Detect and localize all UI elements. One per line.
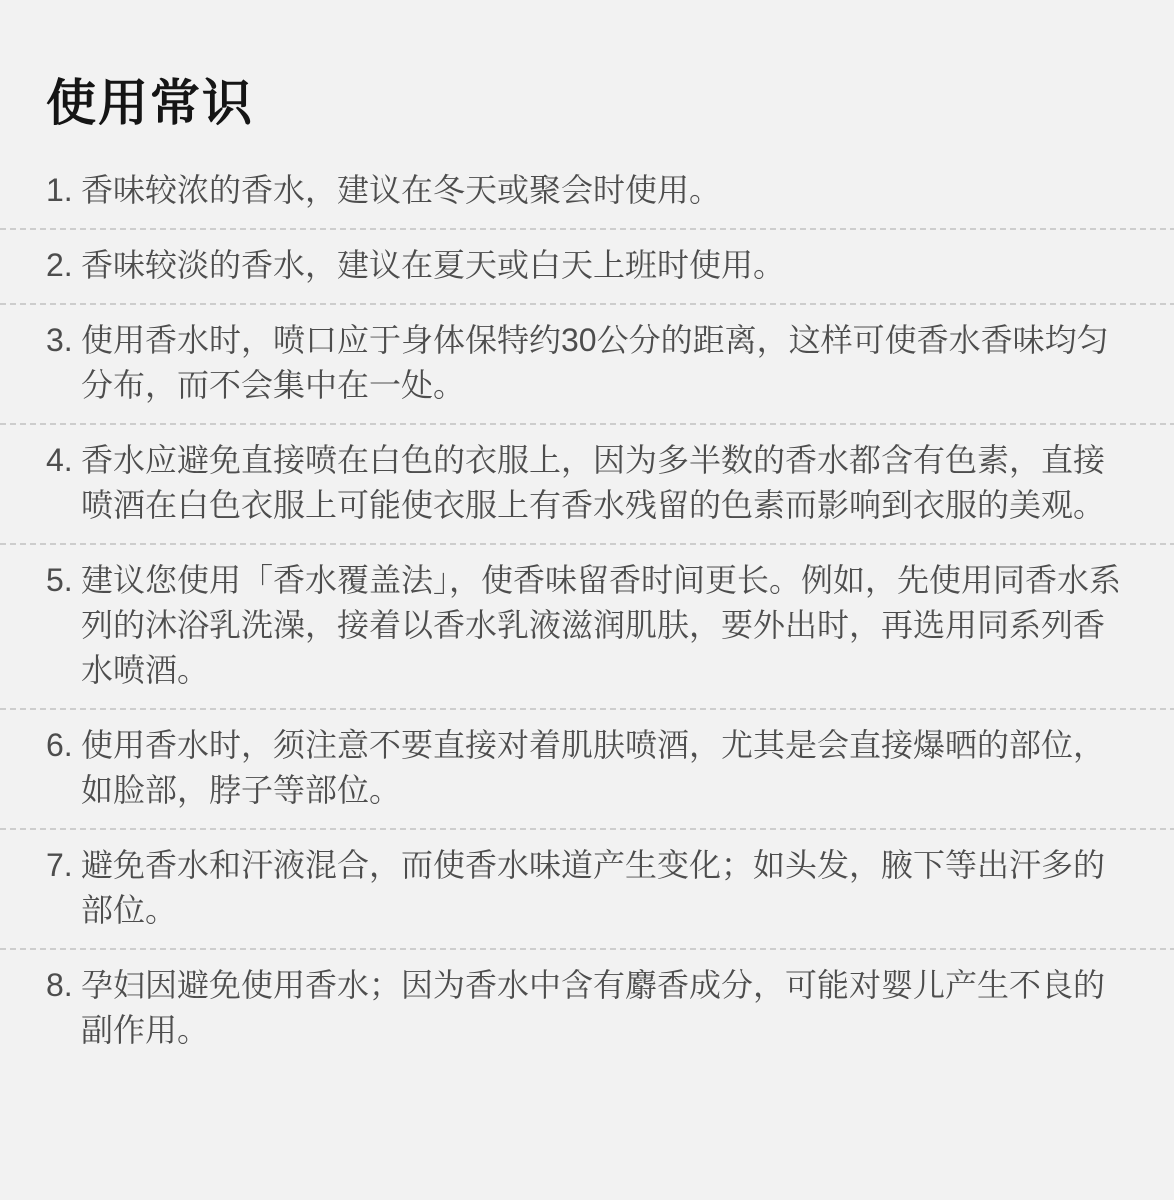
list-item-text: 香味较浓的香水，建议在冬天或聚会时使用。 (81, 168, 721, 213)
list-item-text: 香味较淡的香水，建议在夏天或白天上班时使用。 (81, 243, 785, 288)
list-item: 7.避免香水和汗液混合，而使香水味道产生变化；如头发，腋下等出汗多的部位。 (0, 830, 1174, 950)
tips-list: 1.香味较浓的香水，建议在冬天或聚会时使用。2.香味较淡的香水，建议在夏天或白天… (46, 168, 1128, 1070)
list-item-number: 1. (46, 168, 81, 213)
usage-tips-page: 使用常识 1.香味较浓的香水，建议在冬天或聚会时使用。2.香味较淡的香水，建议在… (0, 0, 1174, 1200)
list-item: 1.香味较浓的香水，建议在冬天或聚会时使用。 (0, 168, 1174, 230)
list-item: 6.使用香水时，须注意不要直接对着肌肤喷酒，尤其是会直接爆晒的部位，如脸部，脖子… (0, 710, 1174, 830)
list-item-text: 使用香水时，喷口应于身体保特约30公分的距离，这样可使香水香味均匀分布，而不会集… (81, 318, 1127, 408)
list-item-number: 5. (46, 558, 81, 603)
list-item-text: 避免香水和汗液混合，而使香水味道产生变化；如头发，腋下等出汗多的部位。 (81, 843, 1127, 933)
list-item-number: 6. (46, 723, 81, 768)
list-item: 3.使用香水时，喷口应于身体保特约30公分的距离，这样可使香水香味均匀分布，而不… (0, 305, 1174, 425)
list-item-number: 8. (46, 963, 81, 1008)
list-item-text: 香水应避免直接喷在白色的衣服上，因为多半数的香水都含有色素，直接喷酒在白色衣服上… (81, 438, 1127, 528)
list-item: 8.孕妇因避免使用香水；因为香水中含有麝香成分，可能对婴儿产生不良的副作用。 (0, 950, 1174, 1070)
list-item-number: 4. (46, 438, 81, 483)
list-item-number: 7. (46, 843, 81, 888)
page-title: 使用常识 (46, 0, 1128, 128)
list-item-text: 建议您使用「香水覆盖法」，使香味留香时间更长。例如，先使用同香水系列的沐浴乳洗澡… (81, 558, 1127, 693)
list-item-text: 孕妇因避免使用香水；因为香水中含有麝香成分，可能对婴儿产生不良的副作用。 (81, 963, 1127, 1053)
list-item: 2.香味较淡的香水，建议在夏天或白天上班时使用。 (0, 230, 1174, 305)
list-item-number: 3. (46, 318, 81, 363)
list-item: 5.建议您使用「香水覆盖法」，使香味留香时间更长。例如，先使用同香水系列的沐浴乳… (0, 545, 1174, 710)
list-item-text: 使用香水时，须注意不要直接对着肌肤喷酒，尤其是会直接爆晒的部位，如脸部，脖子等部… (81, 723, 1127, 813)
list-item: 4.香水应避免直接喷在白色的衣服上，因为多半数的香水都含有色素，直接喷酒在白色衣… (0, 425, 1174, 545)
list-item-number: 2. (46, 243, 81, 288)
